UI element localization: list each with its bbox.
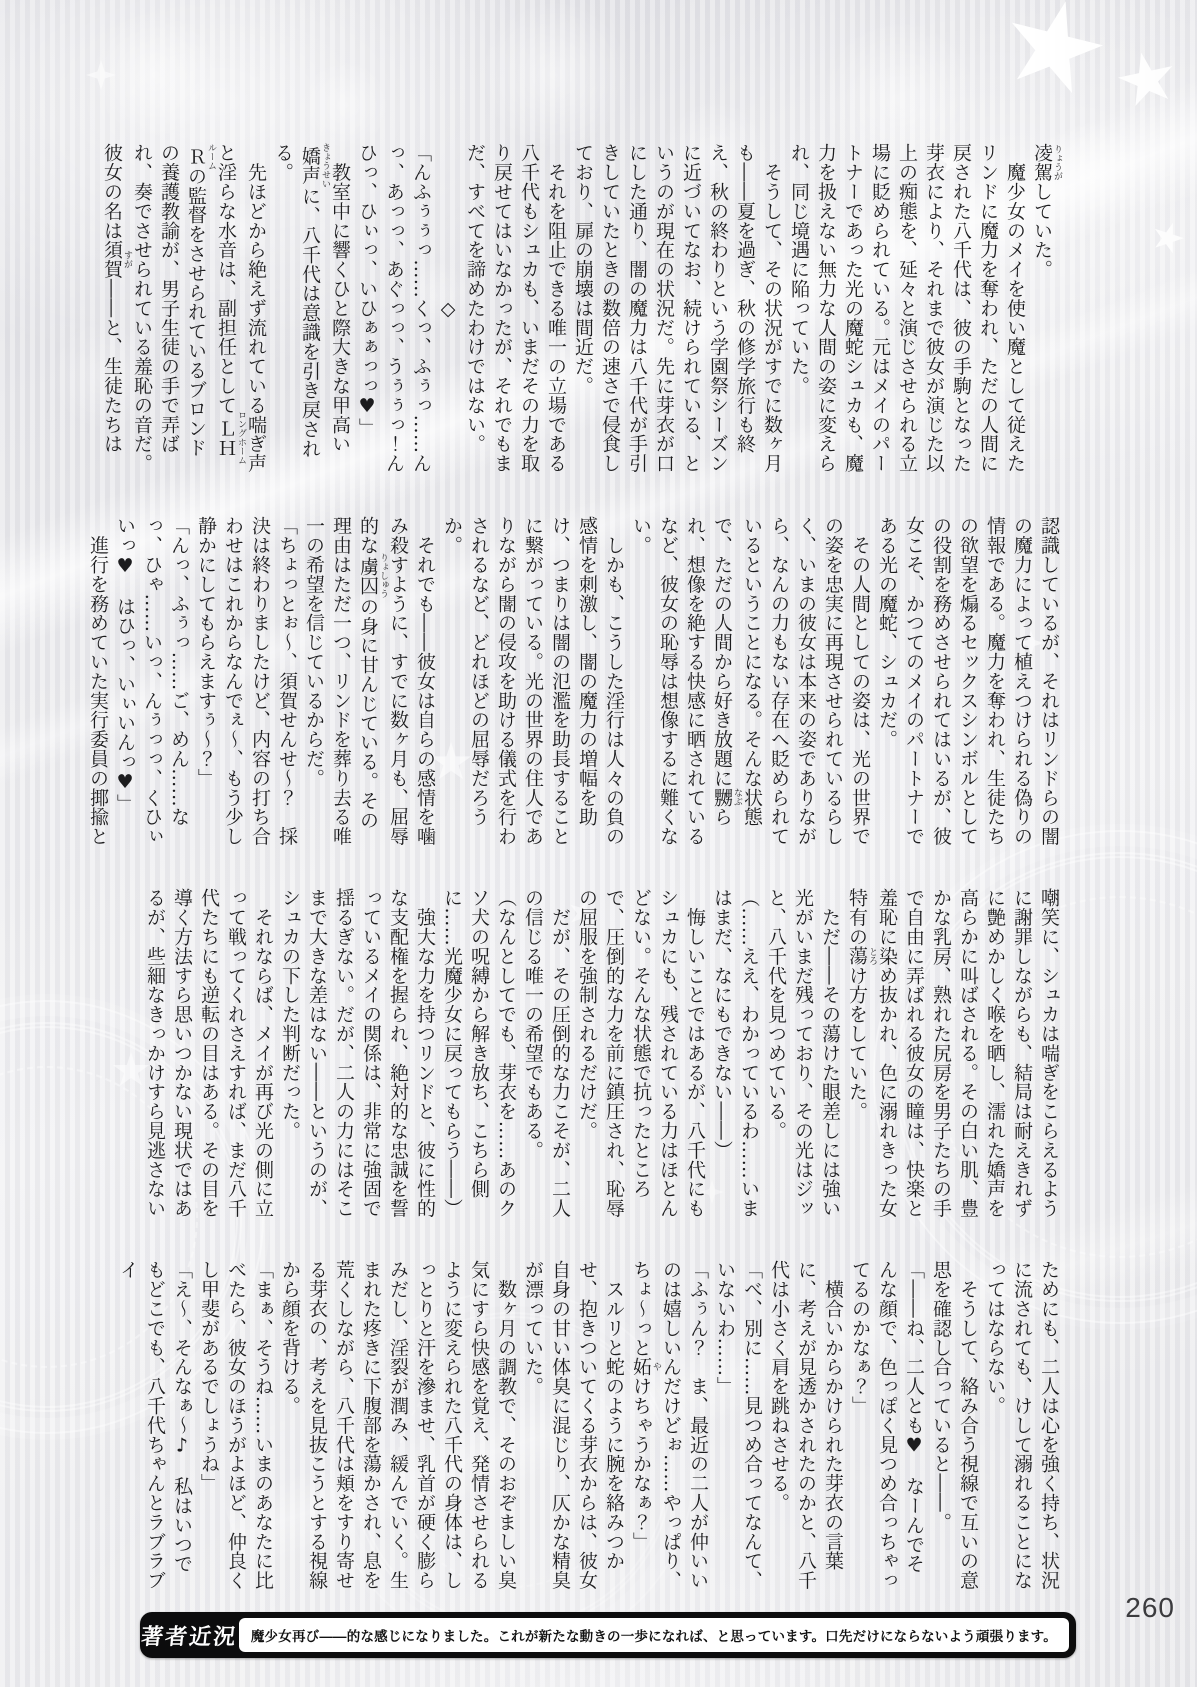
- paragraph: 凌駕りょうがしていた。: [1028, 143, 1062, 475]
- paragraph: ただ――その蕩けた眼差しには強い光がいまだ残っており、その光はジッと、八千代を見…: [762, 888, 843, 1220]
- text-band-4: ためにも、二人は心を強く持ち、状況に流されても、けして溺れることになってはならな…: [142, 1260, 1062, 1592]
- bokeh-circle: [300, 60, 390, 150]
- paragraph: 進行を務めていた実行委員の揶揄と: [84, 516, 111, 848]
- paragraph: だが、その圧倒的な力こそが、二人の信じる唯一の希望でもある。: [519, 888, 573, 1220]
- paragraph: 先ほどから絶えず流れている喘ぎ声と淫らな水音は、副担任としてＬＨＲロングホームル…: [98, 143, 269, 475]
- paragraph: 強大な力を持つリンドと、彼に性的な支配権を握られ、絶対的な忠誠を誓っているメイの…: [276, 888, 438, 1220]
- paragraph: それならば、メイが再び光の側に立って戦ってくれさえすれば、まだ八千代たちにも逆転…: [141, 888, 276, 1220]
- author-note-panel: 魔少女再び――的な感じになりました。これが新たな動きの一歩になれば、と思っていま…: [239, 1618, 1069, 1652]
- paragraph: ためにも、二人は心を強く持ち、状況に流されても、けして溺れることになってはならな…: [981, 1260, 1062, 1592]
- paragraph: 横合いからかけられた芽衣の言葉に、考えが見透かされたのかと、八千代は小さく肩を跳…: [765, 1260, 846, 1592]
- novel-page: 凌駕りょうがしていた。 魔少女のメイを使い魔として従えたリンドに魔力を奪われ、た…: [0, 0, 1197, 1687]
- paragraph: それを阻止できる唯一の立場である八千代もシュカも、いまだその力を取り戻せてはいな…: [461, 143, 569, 475]
- text-band-2: 認識しているが、それはリンドらの闇の魔力によって植えつけられる偽りの情報である。…: [142, 516, 1062, 848]
- paragraph: 教室中に響くひと際大きな甲高い嬌声きょうせいに、八千代は意識を引き戻される。: [269, 143, 353, 475]
- paragraph: しかも、こうした淫行は人々の負の感情を刺激し、闇の魔力の増幅を助け、つまりは闇の…: [438, 516, 627, 848]
- bokeh-circle: [480, 0, 630, 150]
- paragraph: 「んふぅぅっ……くっ、ふぅっ……んっ、あっっ、あぐっっ、うぅぅっ！んひっ、ひぃっ…: [353, 143, 434, 475]
- paragraph: 「ふぅん？ ま、最近の二人が仲いいのは嬉しいんだけどぉ……やっぱり、ちょ～っと妬…: [627, 1260, 711, 1592]
- text-band-3: 嘲笑に、シュカは喘ぎをこらえるように謝罪しながらも、結局は耐えきれずに艶めかしく…: [142, 888, 1062, 1220]
- paragraph: スルリと蛇のように腕を絡みつかせ、抱きついてくる芽衣からは、彼女自身の甘い体臭に…: [519, 1260, 627, 1592]
- paragraph: 「――ね、二人とも♥ なーんでそんな顔で、色っぽく見つめ合っちゃってるのかなぁ？…: [846, 1260, 927, 1592]
- author-note-label: 著者近況: [138, 1620, 240, 1651]
- paragraph: 嘲笑に、シュカは喘ぎをこらえるように謝罪しながらも、結局は耐えきれずに艶めかしく…: [843, 888, 1062, 1220]
- paragraph: 認識しているが、それはリンドらの闇の魔力によって植えつけられる偽りの情報である。…: [873, 516, 1062, 848]
- paragraph: その人間としての姿は、光の世界での姿を忠実に再現させられているらしく、いまの彼女…: [627, 516, 873, 848]
- paragraph: 「ちょっとぉ～、須賀せんせ～？ 採決は終わりましたけど、内容の打ち合わせはこれか…: [192, 516, 300, 848]
- paragraph: 「んっ、ふぅっ……ご、めん……なっ、ひゃ……いっ、んぅっっ、くひぃいっ♥ はひっ…: [111, 516, 192, 848]
- paragraph: （なんとしてでも、芽衣を……あのクソ犬の呪縛から解き放ち、こちら側に……光魔少女…: [438, 888, 519, 1220]
- author-note-message: 魔少女再び――的な感じになりました。これが新たな動きの一歩になれば、と思っていま…: [251, 1625, 1057, 1645]
- page-number: 260: [1125, 1592, 1175, 1624]
- paragraph: 魔少女のメイを使い魔として従えたリンドに魔力を奪われ、ただの人間に戻された八千代…: [785, 143, 1028, 475]
- paragraph: 「まぁ、そうね……いまのあなたに比べたら、彼女のほうがよほど、仲良くし甲斐がある…: [195, 1260, 276, 1592]
- author-note-bar: 著者近況 魔少女再び――的な感じになりました。これが新たな動きの一歩になれば、と…: [140, 1612, 1076, 1658]
- section-separator: ◇: [434, 143, 461, 475]
- paragraph: 「べ、別に……見つめ合ってなんて、いないわ……」: [711, 1260, 765, 1592]
- paragraph: そうして、絡み合う視線で互いの意思を確認し合っていると――。: [927, 1260, 981, 1592]
- paragraph: それでも――彼女は自らの感情を噛み殺すように、すでに数ヶ月も、屈辱的な虜囚りょし…: [300, 516, 438, 848]
- paragraph: 「え～、そんなぁ～♪ 私はいつでもどこでも、八千代ちゃんとラブラブイ: [114, 1260, 195, 1592]
- text-band-1: 凌駕りょうがしていた。 魔少女のメイを使い魔として従えたリンドに魔力を奪われ、た…: [142, 143, 1062, 475]
- paragraph: （……ええ、わかっているわ……いまはまだ、なにもできない――）: [708, 888, 762, 1220]
- paragraph: 悔しいことではあるが、八千代にもシュカにも、残されている力はほとんどない。そんな…: [573, 888, 708, 1220]
- paragraph: 数ヶ月の調教で、そのおぞましい臭気にすら快感を覚え、発情させられるように変えられ…: [276, 1260, 519, 1592]
- paragraph: そうして、その状況がすでに数ヶ月も――夏を過ぎ、秋の修学旅行も終え、秋の終わりと…: [569, 143, 785, 475]
